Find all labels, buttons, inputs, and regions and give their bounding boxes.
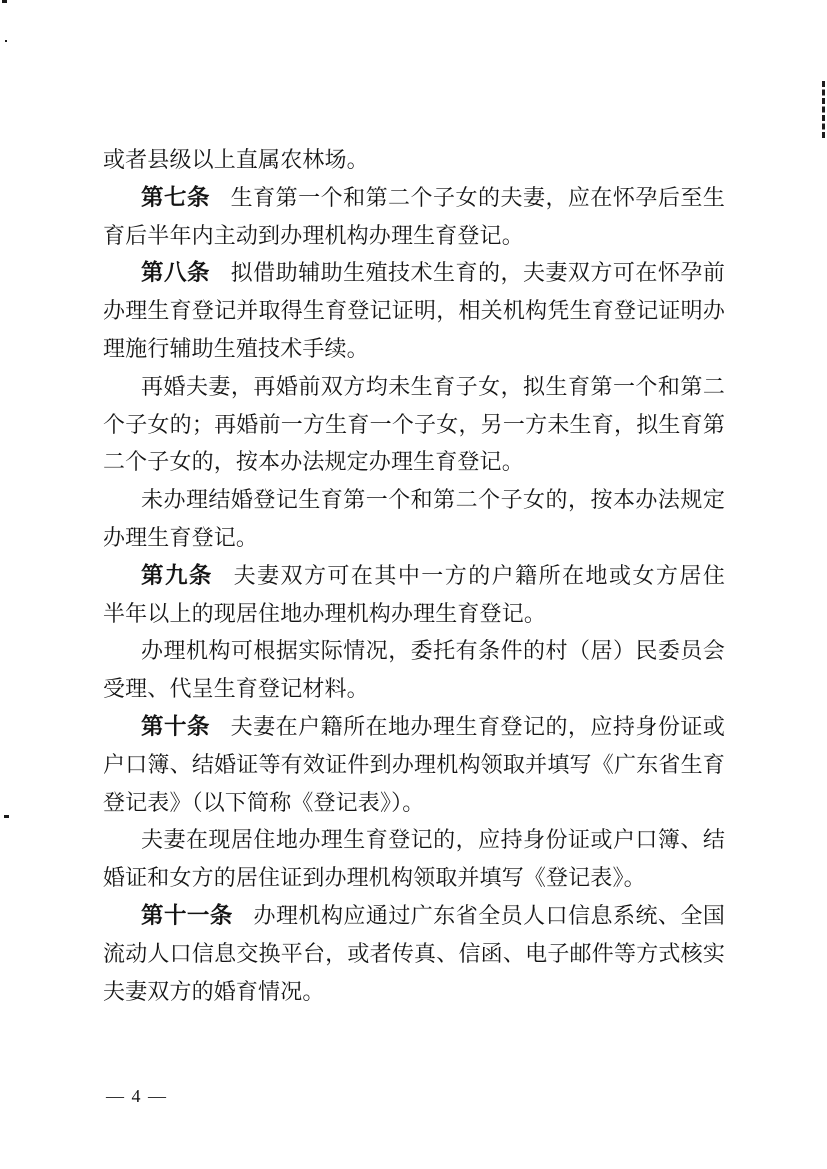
text-line: 第十一条办理机构应通过广东省全员人口信息系统、全国 [103, 897, 725, 935]
article-heading: 第十一条 [141, 903, 233, 928]
line-text: 育后半年内主动到办理机构办理生育登记。 [103, 223, 524, 248]
text-line: 第九条夫妻双方可在其中一方的户籍所在地或女方居住 [103, 557, 725, 595]
article-heading: 第十条 [141, 714, 210, 739]
line-text: 二个子女的，按本办法规定办理生育登记。 [103, 449, 524, 474]
text-line: 或者县级以上直属农林场。 [103, 141, 725, 179]
line-text: 夫妻在现居住地办理生育登记的，应持身份证或户口簿、结 [141, 827, 725, 852]
text-line: 夫妻双方的婚育情况。 [103, 973, 725, 1011]
line-text: 办理生育登记并取得生育登记证明，相关机构凭生育登记证明办 [103, 298, 725, 323]
line-text: 未办理结婚登记生育第一个和第二个子女的，按本办法规定 [141, 487, 725, 512]
scanned-document: { "page": { "number_label": "— 4 —" }, "… [0, 0, 827, 1169]
text-line: 办理生育登记并取得生育登记证明，相关机构凭生育登记证明办 [103, 292, 725, 330]
line-text: 理施行辅助生殖技术手续。 [103, 336, 369, 361]
text-line: 婚证和女方的居住证到办理机构领取并填写《登记表》。 [103, 859, 725, 897]
line-text: 办理生育登记。 [103, 525, 258, 550]
line-text: 受理、代呈生育登记材料。 [103, 676, 369, 701]
line-text: 半年以上的现居住地办理机构办理生育登记。 [103, 601, 546, 626]
line-text: 婚证和女方的居住证到办理机构领取并填写《登记表》。 [103, 865, 646, 890]
text-line: 办理机构可根据实际情况，委托有条件的村（居）民委员会 [103, 632, 725, 670]
text-line: 第八条拟借助辅助生殖技术生育的，夫妻双方可在怀孕前 [103, 254, 725, 292]
line-text: 生育第一个和第二个子女的夫妻，应在怀孕后至生 [231, 185, 725, 210]
text-line: 半年以上的现居住地办理机构办理生育登记。 [103, 595, 725, 633]
line-text: 再婚夫妻，再婚前双方均未生育子女，拟生育第一个和第二 [141, 374, 725, 399]
text-line: 办理生育登记。 [103, 519, 725, 557]
line-text: 户口簿、结婚证等有效证件到办理机构领取并填写《广东省生育 [103, 752, 725, 777]
text-line: 未办理结婚登记生育第一个和第二个子女的，按本办法规定 [103, 481, 725, 519]
article-heading: 第九条 [141, 563, 213, 588]
text-line: 理施行辅助生殖技术手续。 [103, 330, 725, 368]
text-line: 二个子女的，按本办法规定办理生育登记。 [103, 443, 725, 481]
line-text: 办理机构应通过广东省全员人口信息系统、全国 [254, 903, 725, 928]
line-text: 夫妻双方可在其中一方的户籍所在地或女方居住 [234, 563, 725, 588]
line-text: 或者县级以上直属农林场。 [103, 147, 369, 172]
line-text: 夫妻在户籍所在地办理生育登记的，应持身份证或 [231, 714, 725, 739]
text-line: 个子女的；再婚前一方生育一个子女，另一方未生育，拟生育第 [103, 406, 725, 444]
text-line: 户口簿、结婚证等有效证件到办理机构领取并填写《广东省生育 [103, 746, 725, 784]
article-heading: 第七条 [141, 185, 210, 210]
text-line: 再婚夫妻，再婚前双方均未生育子女，拟生育第一个和第二 [103, 368, 725, 406]
text-line: 流动人口信息交换平台，或者传真、信函、电子邮件等方式核实 [103, 935, 725, 973]
text-line: 第七条生育第一个和第二个子女的夫妻，应在怀孕后至生 [103, 179, 725, 217]
line-text: 办理机构可根据实际情况，委托有条件的村（居）民委员会 [141, 638, 725, 663]
scan-speck-icon [5, 40, 7, 42]
line-text: 拟借助辅助生殖技术生育的，夫妻双方可在怀孕前 [231, 260, 725, 285]
scan-edge-dash-marks [822, 81, 825, 138]
text-line: 受理、代呈生育登记材料。 [103, 670, 725, 708]
page-number: — 4 — [106, 1086, 168, 1107]
scan-speck-icon [2, 0, 7, 3]
text-line: 登记表》（以下简称《登记表》）。 [103, 784, 725, 822]
line-text: 登记表》（以下简称《登记表》）。 [103, 790, 424, 815]
document-body: 或者县级以上直属农林场。 第七条生育第一个和第二个子女的夫妻，应在怀孕后至生 育… [103, 141, 725, 1010]
line-text: 流动人口信息交换平台，或者传真、信函、电子邮件等方式核实 [103, 941, 725, 966]
scan-speck-icon [4, 815, 9, 818]
article-heading: 第八条 [141, 260, 210, 285]
text-line: 第十条夫妻在户籍所在地办理生育登记的，应持身份证或 [103, 708, 725, 746]
line-text: 夫妻双方的婚育情况。 [103, 979, 325, 1004]
text-line: 育后半年内主动到办理机构办理生育登记。 [103, 217, 725, 255]
document-page: 或者县级以上直属农林场。 第七条生育第一个和第二个子女的夫妻，应在怀孕后至生 育… [0, 0, 827, 1169]
text-line: 夫妻在现居住地办理生育登记的，应持身份证或户口簿、结 [103, 821, 725, 859]
line-text: 个子女的；再婚前一方生育一个子女，另一方未生育，拟生育第 [103, 412, 725, 437]
